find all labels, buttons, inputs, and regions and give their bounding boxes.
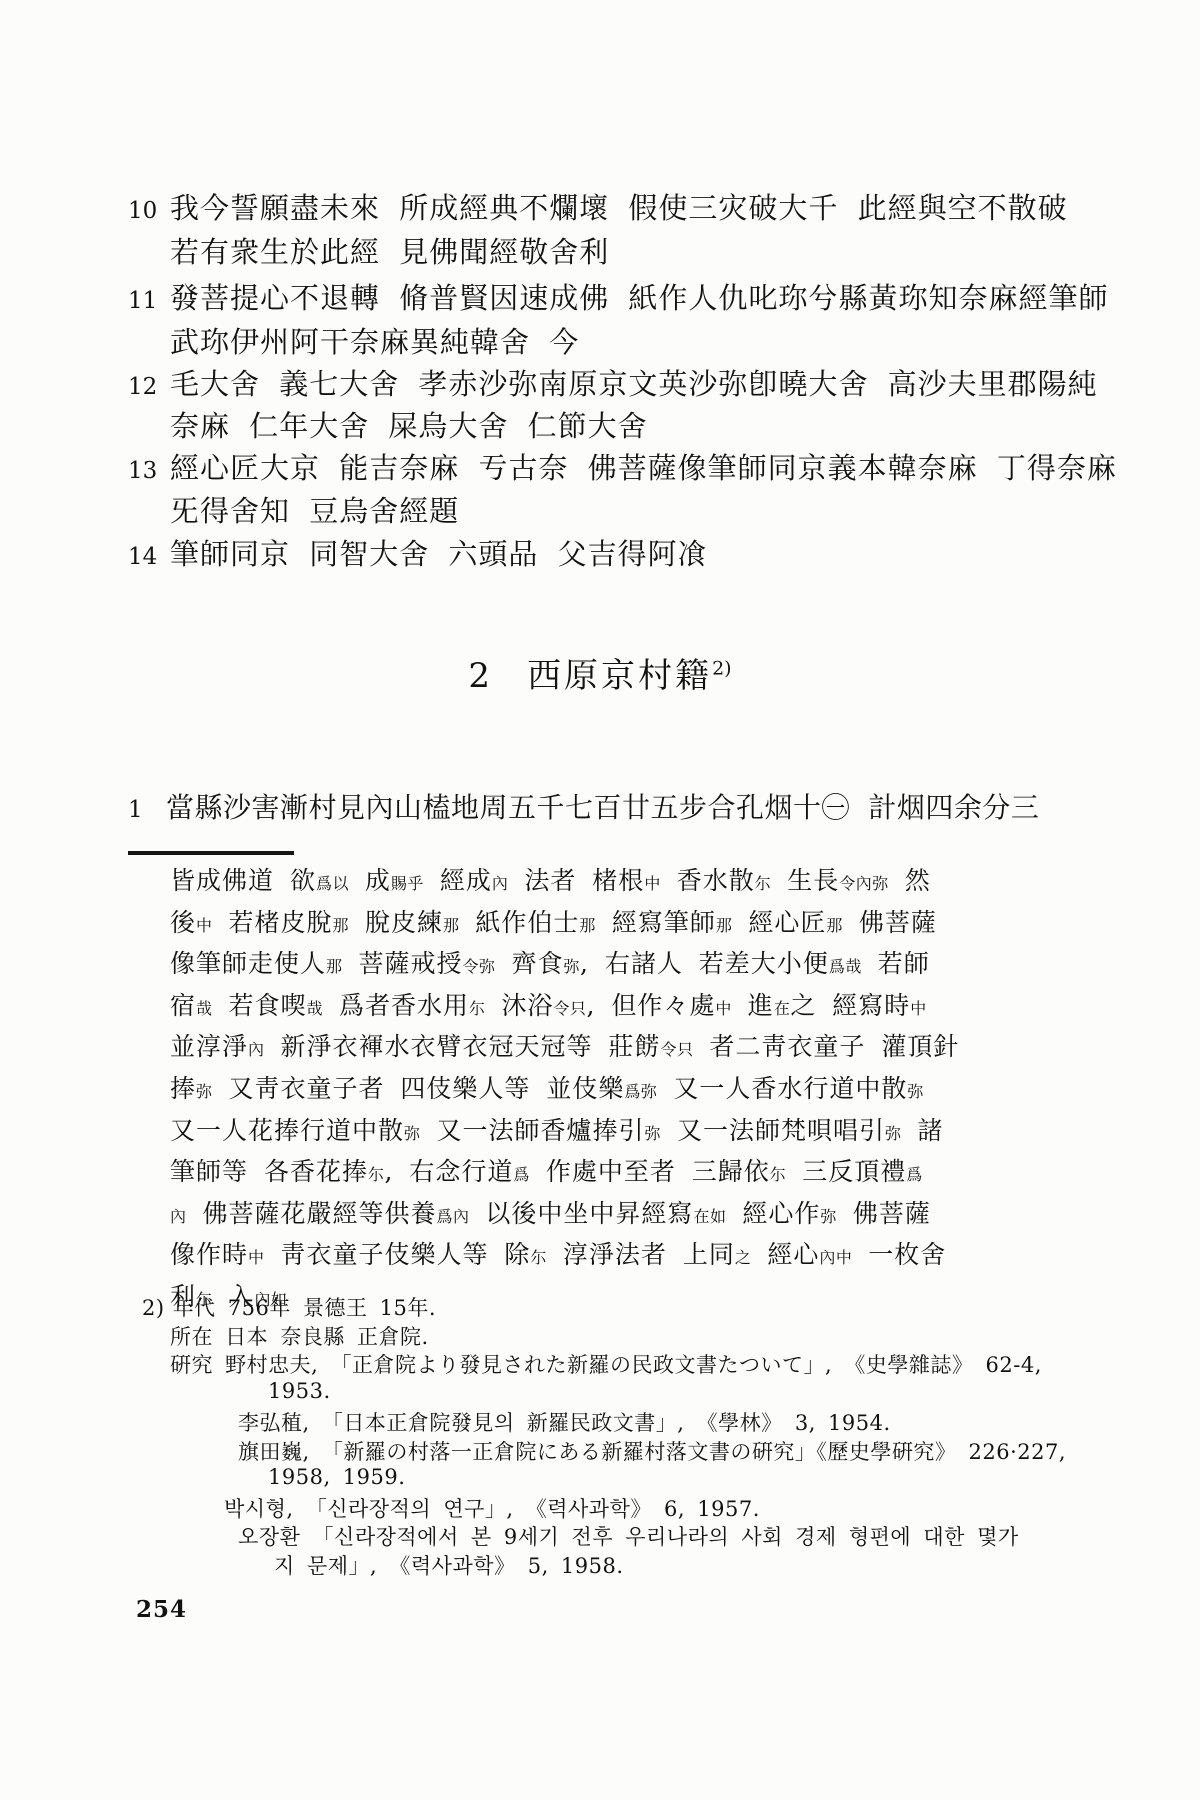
- footnote-text: 지 문제」, 《력사과학》 5, 1958.: [274, 1554, 624, 1578]
- text-line: 11發菩提心不退轉 脩普賢因速成佛 紙作人仇叱珎兮縣黃珎知奈麻經筆師: [128, 276, 1108, 317]
- line-text: 我今誓願盡未來 所成經典不爛壞 假使三灾破大千 此經與空不散破: [170, 191, 1068, 225]
- line-text: 奈麻 仁年大舍 屎烏大舍 仁節大舍: [170, 409, 648, 443]
- line-number: 12: [128, 374, 170, 400]
- footnote-continuation-line: 又一人花捧行道中散弥 又一法師香爐捧引弥 又一法師梵唄唱引弥 諸: [170, 1112, 1100, 1154]
- footnote-text: 李弘稙, 「日本正倉院發見의 新羅民政文書」, 《學林》 3, 1954.: [238, 1411, 891, 1435]
- footnote-continuation-line: 筆師等 各香花捧尓, 右念行道爲 作處中至者 三歸依尓 三反頂禮爲: [170, 1153, 1100, 1195]
- footnote-continuation-line: 宿哉 若食喫哉 爲者香水用尓 沐浴令只, 但作々處中 進在之 經寫時中: [170, 987, 1100, 1029]
- footnote-entry: 오장환 「신라장적에서 본 9세기 전후 우리나라의 사회 경제 형편에 대한 …: [238, 1521, 1019, 1551]
- footnote-continuation-line: 內 佛菩薩花嚴經等供養爲內 以後中坐中昇經寫在如 經心作弥 佛菩薩: [170, 1195, 1100, 1237]
- footnote-entry: 旗田巍, 「新羅の村落一正倉院にある新羅村落文書の硏究」《歷史學硏究》 226·…: [238, 1436, 1066, 1466]
- footnote-entry: 2)年代 756年 景德王 15年.: [142, 1292, 436, 1322]
- section-title: 西原京村籍: [527, 656, 712, 696]
- section-number: 2: [468, 656, 493, 696]
- footnote-continuation-line: 像筆師走使人那 菩薩戒授令弥 齊食弥, 右諸人 若差大小便爲哉 若師: [170, 945, 1100, 987]
- footnote-entry: 所在 日本 奈良縣 正倉院.: [170, 1321, 429, 1351]
- footnote-text: 오장환 「신라장적에서 본 9세기 전후 우리나라의 사회 경제 형편에 대한 …: [238, 1525, 1019, 1549]
- line-number: 11: [128, 288, 170, 314]
- line-text: 武珎伊州阿干奈麻異純韓舍 今: [170, 325, 579, 359]
- text-line: 10我今誓願盡未來 所成經典不爛壞 假使三灾破大千 此經與空不散破: [128, 186, 1068, 227]
- line-text: 發菩提心不退轉 脩普賢因速成佛 紙作人仇叱珎兮縣黃珎知奈麻經筆師: [170, 281, 1108, 315]
- line-text: 毛大舍 義七大舍 孝赤沙弥南原京文英沙弥卽曉大舍 高沙夫里郡陽純: [170, 367, 1098, 401]
- footnote-entry: 李弘稙, 「日本正倉院發見의 新羅民政文書」, 《學林》 3, 1954.: [238, 1407, 891, 1437]
- text-line: 若有衆生於此經 見佛聞經敬舍利: [128, 230, 609, 271]
- line-text: 當縣沙害漸村見內山榼地周五千七百廿五步合孔烟十㊀ 計烟四余分三: [166, 791, 1039, 824]
- footnote-entry: 1958, 1959.: [268, 1465, 405, 1489]
- footnote-continuation-line: 像作時中 靑衣童子伎樂人等 除尓 淳淨法者 上同之 經心內中 一枚舍: [170, 1236, 1100, 1278]
- footnote-divider: [128, 851, 294, 855]
- text-line: 1當縣沙害漸村見內山榼地周五千七百廿五步合孔烟十㊀ 計烟四余分三: [128, 786, 1039, 826]
- footnote-entry: 지 문제」, 《력사과학》 5, 1958.: [274, 1550, 624, 1580]
- footnote-text: 1958, 1959.: [268, 1465, 405, 1489]
- footnote-entry: 硏究 野村忠夫, 「正倉院より發見された新羅の民政文書たついて」, 《史學雜誌》…: [170, 1349, 1042, 1379]
- text-line: 武珎伊州阿干奈麻異純韓舍 今: [128, 320, 579, 361]
- text-line: 奈麻 仁年大舍 屎烏大舍 仁節大舍: [128, 404, 648, 445]
- footnote-text: 所在 日本 奈良縣 正倉院.: [170, 1325, 429, 1349]
- footnote-marker: 2): [142, 1296, 165, 1320]
- footnote-entry: 박시형, 「신라장적의 연구」, 《력사과학》 6, 1957.: [224, 1493, 760, 1523]
- line-text: 旡得舍知 豆烏舍經題: [170, 494, 459, 528]
- footnote-continuation-line: 捧弥 又靑衣童子者 四伎樂人等 並伎樂爲弥 又一人香水行道中散弥: [170, 1070, 1100, 1112]
- footnote-text: 1953.: [268, 1379, 331, 1403]
- section-heading: 2西原京村籍2): [0, 648, 1200, 697]
- scanned-document-page: { "page": { "background": "#fcfcfa", "in…: [0, 0, 1200, 1800]
- footnote-continuation-line: 後中 若楮皮脫那 脫皮練那 紙作伯士那 經寫筆師那 經心匠那 佛菩薩: [170, 904, 1100, 946]
- line-text: 筆師同京 同智大舍 六頭品 父吉得阿飡: [170, 537, 708, 571]
- footnote-text: 박시형, 「신라장적의 연구」, 《력사과학》 6, 1957.: [224, 1497, 760, 1521]
- footnote-text: 年代 756年 景德王 15年.: [173, 1296, 437, 1320]
- footnote-continuation-line: 皆成佛道 欲爲以 成賜乎 經成內 法者 楮根中 香水散尓 生長令內弥 然: [170, 862, 1100, 904]
- footnote-text: 硏究 野村忠夫, 「正倉院より發見された新羅の民政文書たついて」, 《史學雜誌》…: [170, 1353, 1042, 1377]
- footnote-text: 旗田巍, 「新羅の村落一正倉院にある新羅村落文書の硏究」《歷史學硏究》 226·…: [238, 1440, 1066, 1464]
- footnote-continuation-line: 並淳淨內 新淨衣褌水衣臂衣冠天冠等 莊餝令只 者二靑衣童子 灌頂針: [170, 1028, 1100, 1070]
- line-text: 若有衆生於此經 見佛聞經敬舍利: [170, 235, 609, 269]
- page-number: 254: [136, 1596, 187, 1623]
- text-line: 旡得舍知 豆烏舍經題: [128, 489, 459, 530]
- footnote-continuation-block: 皆成佛道 欲爲以 成賜乎 經成內 法者 楮根中 香水散尓 生長令內弥 然 後中 …: [170, 862, 1100, 1320]
- text-line: 14筆師同京 同智大舍 六頭品 父吉得阿飡: [128, 532, 708, 573]
- footnote-reference-mark: 2): [712, 658, 732, 680]
- footnote-entry: 1953.: [268, 1379, 331, 1403]
- line-number: 10: [128, 198, 170, 224]
- line-text: 經心匠大京 能吉奈麻 亐古奈 佛菩薩像筆師同京義本韓奈麻 丁得奈麻: [170, 451, 1117, 485]
- line-number: 13: [128, 458, 170, 484]
- line-number: 14: [128, 544, 170, 570]
- line-number: 1: [128, 797, 166, 823]
- text-line: 13經心匠大京 能吉奈麻 亐古奈 佛菩薩像筆師同京義本韓奈麻 丁得奈麻: [128, 446, 1117, 487]
- text-line: 12毛大舍 義七大舍 孝赤沙弥南原京文英沙弥卽曉大舍 高沙夫里郡陽純: [128, 362, 1098, 403]
